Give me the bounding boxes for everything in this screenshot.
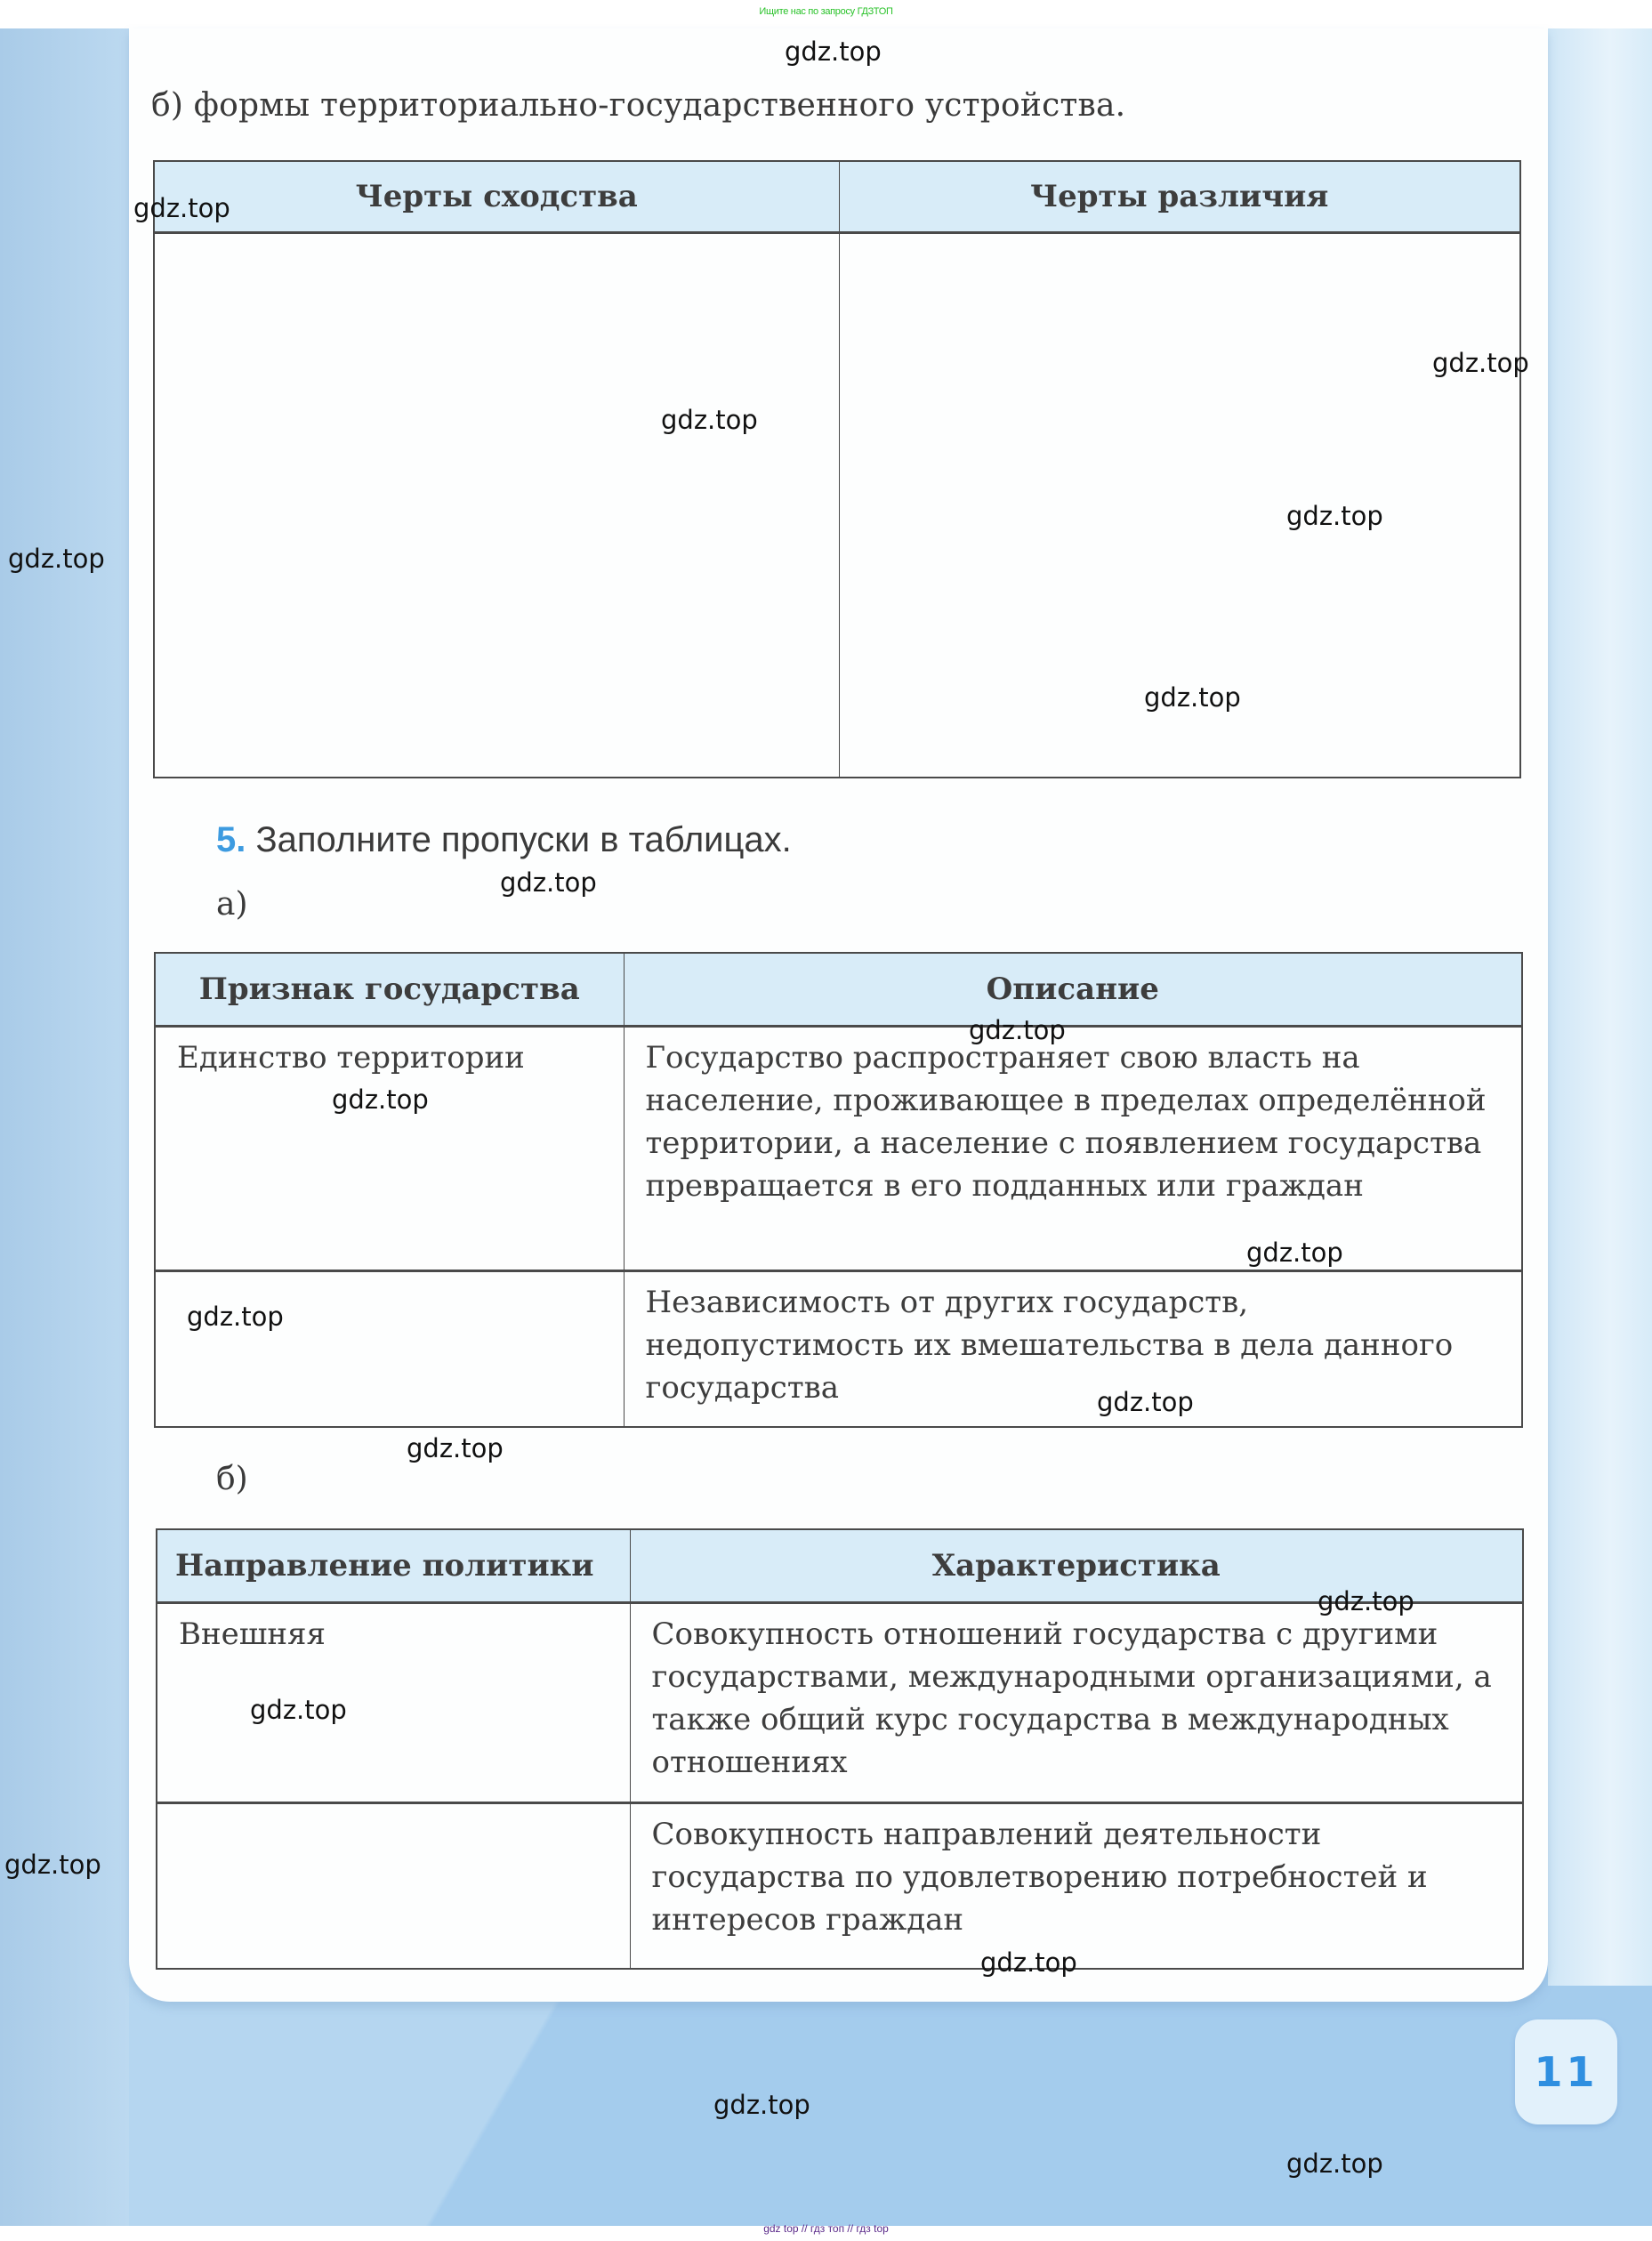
watermark: gdz.top bbox=[661, 407, 758, 433]
watermark: gdz.top bbox=[500, 870, 597, 896]
characteristic-cell: Совокупность направлений деятельности го… bbox=[630, 1802, 1523, 1969]
watermark: gdz.top bbox=[785, 39, 882, 65]
task-title: 5. Заполните пропуски в таблицах. bbox=[216, 820, 792, 860]
task-number: 5. bbox=[216, 820, 246, 859]
watermark: gdz.top bbox=[4, 1852, 101, 1878]
watermark: gdz.top bbox=[980, 1950, 1077, 1976]
table-row: Внешняя Совокупность отношений государст… bbox=[157, 1602, 1523, 1802]
attribute-answer-cell[interactable] bbox=[155, 1270, 624, 1427]
watermark: gdz.top bbox=[8, 546, 105, 572]
table-row: Независимость от других государств, недо… bbox=[155, 1270, 1522, 1427]
table-row: Совокупность направлений деятельности го… bbox=[157, 1802, 1523, 1969]
table-row: Единство территории Государство распрост… bbox=[155, 1026, 1522, 1270]
attribute-cell: Единство территории bbox=[155, 1026, 624, 1270]
task-text: Заполните пропуски в таблицах. bbox=[255, 820, 791, 859]
column-header-description: Описание bbox=[624, 953, 1522, 1026]
watermark: gdz.top bbox=[187, 1304, 284, 1330]
column-header-direction: Направление политики bbox=[157, 1529, 630, 1602]
part-b-label: б) bbox=[216, 1461, 248, 1497]
section-heading: б) формы территориально-государственного… bbox=[151, 87, 1125, 124]
description-cell: Государство распространяет свою власть н… bbox=[624, 1026, 1522, 1270]
background-right-strip bbox=[1548, 28, 1652, 1986]
watermark: gdz.top bbox=[969, 1018, 1066, 1044]
comparison-table: Черты сходства Черты различия bbox=[153, 160, 1521, 778]
watermark: gdz.top bbox=[332, 1087, 429, 1113]
characteristic-cell: Совокупность отношений государства с дру… bbox=[630, 1602, 1523, 1802]
direction-answer-cell[interactable] bbox=[157, 1802, 630, 1969]
site-banner: Ищите нас по запросу ГДЗТОП bbox=[0, 6, 1652, 17]
part-a-label: а) bbox=[216, 886, 248, 923]
page-number-badge: 11 bbox=[1515, 2019, 1617, 2124]
watermark: gdz.top bbox=[1318, 1589, 1414, 1615]
watermark: gdz.top bbox=[1144, 685, 1241, 711]
background-left-strip bbox=[0, 28, 129, 2226]
column-header-differences: Черты различия bbox=[839, 161, 1520, 232]
watermark: gdz.top bbox=[1097, 1390, 1194, 1415]
footer-banner: gdz top // гдз топ // гдз top bbox=[0, 2222, 1652, 2235]
watermark: gdz.top bbox=[1286, 2151, 1383, 2177]
watermark: gdz.top bbox=[133, 196, 230, 222]
watermark: gdz.top bbox=[250, 1697, 347, 1723]
state-attributes-table: Признак государства Описание Единство те… bbox=[154, 952, 1523, 1428]
column-header-attribute: Признак государства bbox=[155, 953, 624, 1026]
watermark: gdz.top bbox=[407, 1436, 504, 1462]
answer-cell-similarities[interactable] bbox=[154, 232, 839, 778]
column-header-similarities: Черты сходства bbox=[154, 161, 839, 232]
direction-cell: Внешняя bbox=[157, 1602, 630, 1802]
watermark: gdz.top bbox=[1286, 504, 1383, 529]
description-cell: Независимость от других государств, недо… bbox=[624, 1270, 1522, 1427]
watermark: gdz.top bbox=[1432, 351, 1529, 376]
watermark: gdz.top bbox=[1246, 1240, 1343, 1266]
watermark: gdz.top bbox=[713, 2092, 810, 2118]
